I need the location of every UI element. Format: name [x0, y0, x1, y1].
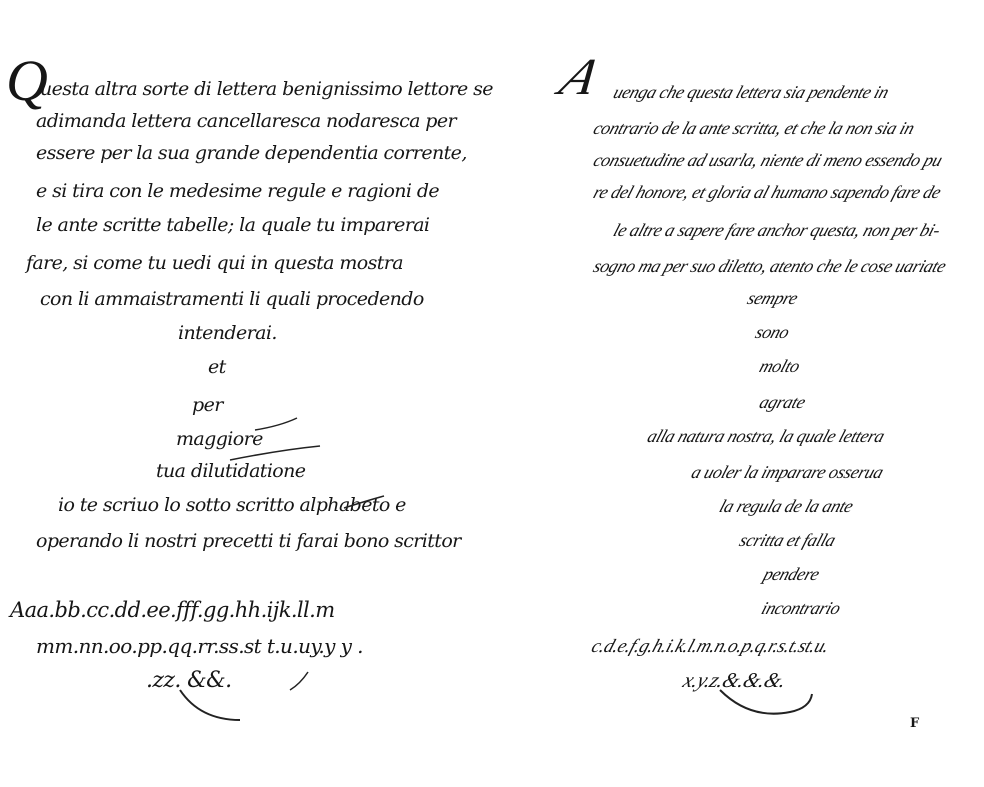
- flourish-swash-icon: [550, 0, 984, 787]
- right-page: A uenga che questa lettera sia pendente …: [550, 0, 984, 787]
- flourish-swash-icon: [0, 0, 440, 787]
- signature-mark: F: [910, 716, 919, 731]
- left-page: Q uesta altra sorte di lettera benigniss…: [0, 0, 440, 787]
